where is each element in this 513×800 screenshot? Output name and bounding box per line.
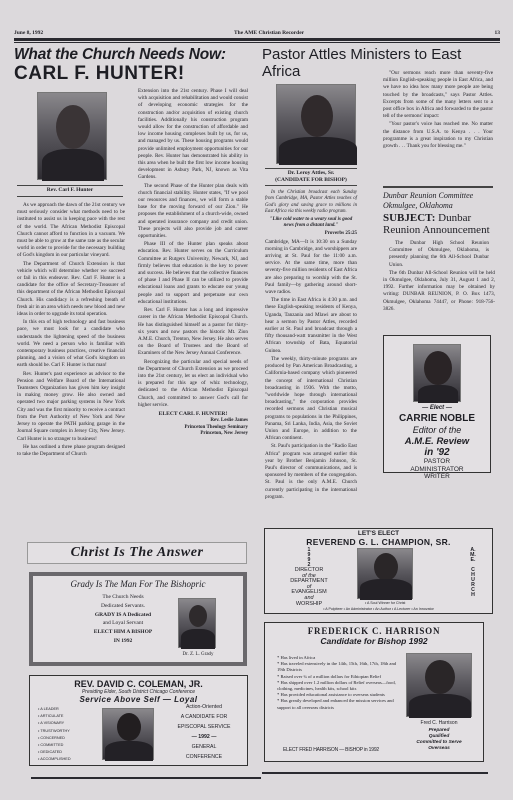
- attles-quote: "Like cold water to a weary soul is good…: [265, 217, 357, 230]
- harrison-caption: Fred C. Harrison: [400, 720, 478, 726]
- hunter-photo-caption: Rev. Carl F. Hunter: [17, 187, 123, 193]
- publication-name: The AME Christian Recorder: [234, 30, 304, 36]
- champion-ame-church-vertical: A. M. E. C H U R C H: [465, 548, 481, 598]
- harrison-bullets: * Has lived in Africa * Has traveled ext…: [277, 655, 397, 711]
- noble-roles: PASTOR ADMINISTRATOR WRITER: [384, 458, 490, 481]
- masthead-rule: [14, 38, 500, 41]
- attles-photo: [276, 84, 356, 164]
- grady-photo: [178, 598, 216, 648]
- carrie-noble-photo: [413, 344, 461, 402]
- hunter-signature: Rev. Leslie James Princeton Theology Sem…: [138, 418, 248, 438]
- grady-caption: Dr. Z. L. Grady: [168, 652, 228, 657]
- hunter-article-column-1: As we approach the dawn of the 21st cent…: [17, 202, 125, 459]
- hunter-article-column-2: Extension into the 21st century. Phase I…: [138, 88, 248, 438]
- harrison-name: FREDERICK C. HARRISON: [265, 626, 483, 636]
- caption-rule: [17, 185, 123, 186]
- harrison-elect-line: ELECT FRED HARRISON — BISHOP in 1992: [283, 747, 379, 753]
- issue-date: June 8, 1992: [14, 30, 43, 36]
- christ-is-the-answer-banner: Christ Is The Answer: [27, 542, 247, 564]
- hunter-closing: ELECT CARL F. HUNTER!: [138, 411, 248, 418]
- champion-tagline-2: • A Pulpiteer • An Administrator • An Au…: [265, 607, 492, 611]
- bottom-rule: [31, 777, 261, 779]
- attles-article-column-2: "Our sermons reach more than seventy-fiv…: [383, 70, 493, 151]
- noble-line1: Editor of the: [384, 425, 490, 435]
- attles-article-column-1: In the Christian broadcast each Sunday f…: [265, 190, 357, 502]
- champion-photo: [357, 548, 413, 599]
- newspaper-page: June 8, 1992 The AME Christian Recorder …: [0, 0, 513, 800]
- caption-rule: [265, 185, 357, 186]
- champion-name: REVEREND G. L. CHAMPION, SR.: [265, 537, 492, 547]
- coleman-right-text: Action-Oriented A CANDIDATE FOR EPISCOPA…: [164, 702, 244, 762]
- masthead-rule-thin: [14, 42, 500, 43]
- caption-rule: [17, 196, 123, 197]
- noble-line2: A.M.E. Review: [384, 436, 490, 447]
- dunbar-location: Okmulgee, Oklahoma: [383, 201, 495, 211]
- attles-photo-caption: Dr. Leroy Attles, Sr. (CANDIDATE FOR BIS…: [265, 170, 357, 183]
- page-number: 13: [495, 30, 501, 36]
- hunter-headline: What the Church Needs Now:: [14, 46, 264, 64]
- coleman-ad: REV. DAVID C. COLEMAN, JR. Presiding Eld…: [29, 675, 248, 766]
- carrie-noble-ad: — Elect — CARRIE NOBLE Editor of the A.M…: [383, 335, 491, 473]
- champion-year: 1 9 9 2: [305, 548, 313, 568]
- champion-ad: LET'S ELECT REVEREND G. L. CHAMPION, SR.…: [264, 528, 493, 614]
- bottom-rule: [262, 772, 488, 774]
- dunbar-committee: Dunbar Reunion Committee: [383, 191, 495, 201]
- coleman-photo: [102, 708, 154, 760]
- coleman-name: REV. DAVID C. COLEMAN, JR.: [30, 679, 247, 689]
- harrison-ad: FREDERICK C. HARRISON Candidate for Bish…: [264, 622, 484, 762]
- champion-left-text: DIRECTOR of the DEPARTMENT of EVANGELISM…: [271, 568, 347, 607]
- grady-text: The Church Needs Dedicated Servants. GRA…: [63, 593, 183, 646]
- attles-intro: In the Christian broadcast each Sunday f…: [265, 190, 357, 216]
- dunbar-subject: SUBJECT: Dunbar Reunion Announcement: [383, 212, 495, 236]
- caption-rule: [265, 168, 357, 169]
- harrison-slogan: Prepared Qualified Committed to Serve Ov…: [400, 728, 478, 752]
- section-rule: [383, 186, 493, 188]
- attles-quote-ref: Proverbs 25:25: [265, 230, 357, 237]
- grady-ad: Grady Is The Man For The Bishopric The C…: [29, 572, 247, 666]
- hunter-photo: [37, 92, 107, 180]
- grady-headline: Grady Is The Man For The Bishopric: [33, 579, 243, 589]
- coleman-attributes: • A LEADER • ARTICULATE • A VISIONARY • …: [38, 706, 71, 764]
- harrison-subtitle: Candidate for Bishop 1992: [265, 636, 483, 646]
- hunter-name-headline: CARL F. HUNTER!: [14, 63, 264, 85]
- dunbar-announcement: Dunbar Reunion Committee Okmulgee, Oklah…: [383, 191, 495, 314]
- noble-elect: — Elect —: [384, 405, 490, 411]
- champion-tagline-1: • A Soul Winner for Christ: [365, 601, 405, 605]
- harrison-photo: [406, 653, 472, 717]
- noble-line3: in '92: [384, 447, 490, 458]
- noble-name: CARRIE NOBLE: [384, 413, 490, 424]
- champion-lets-elect: LET'S ELECT: [265, 530, 492, 537]
